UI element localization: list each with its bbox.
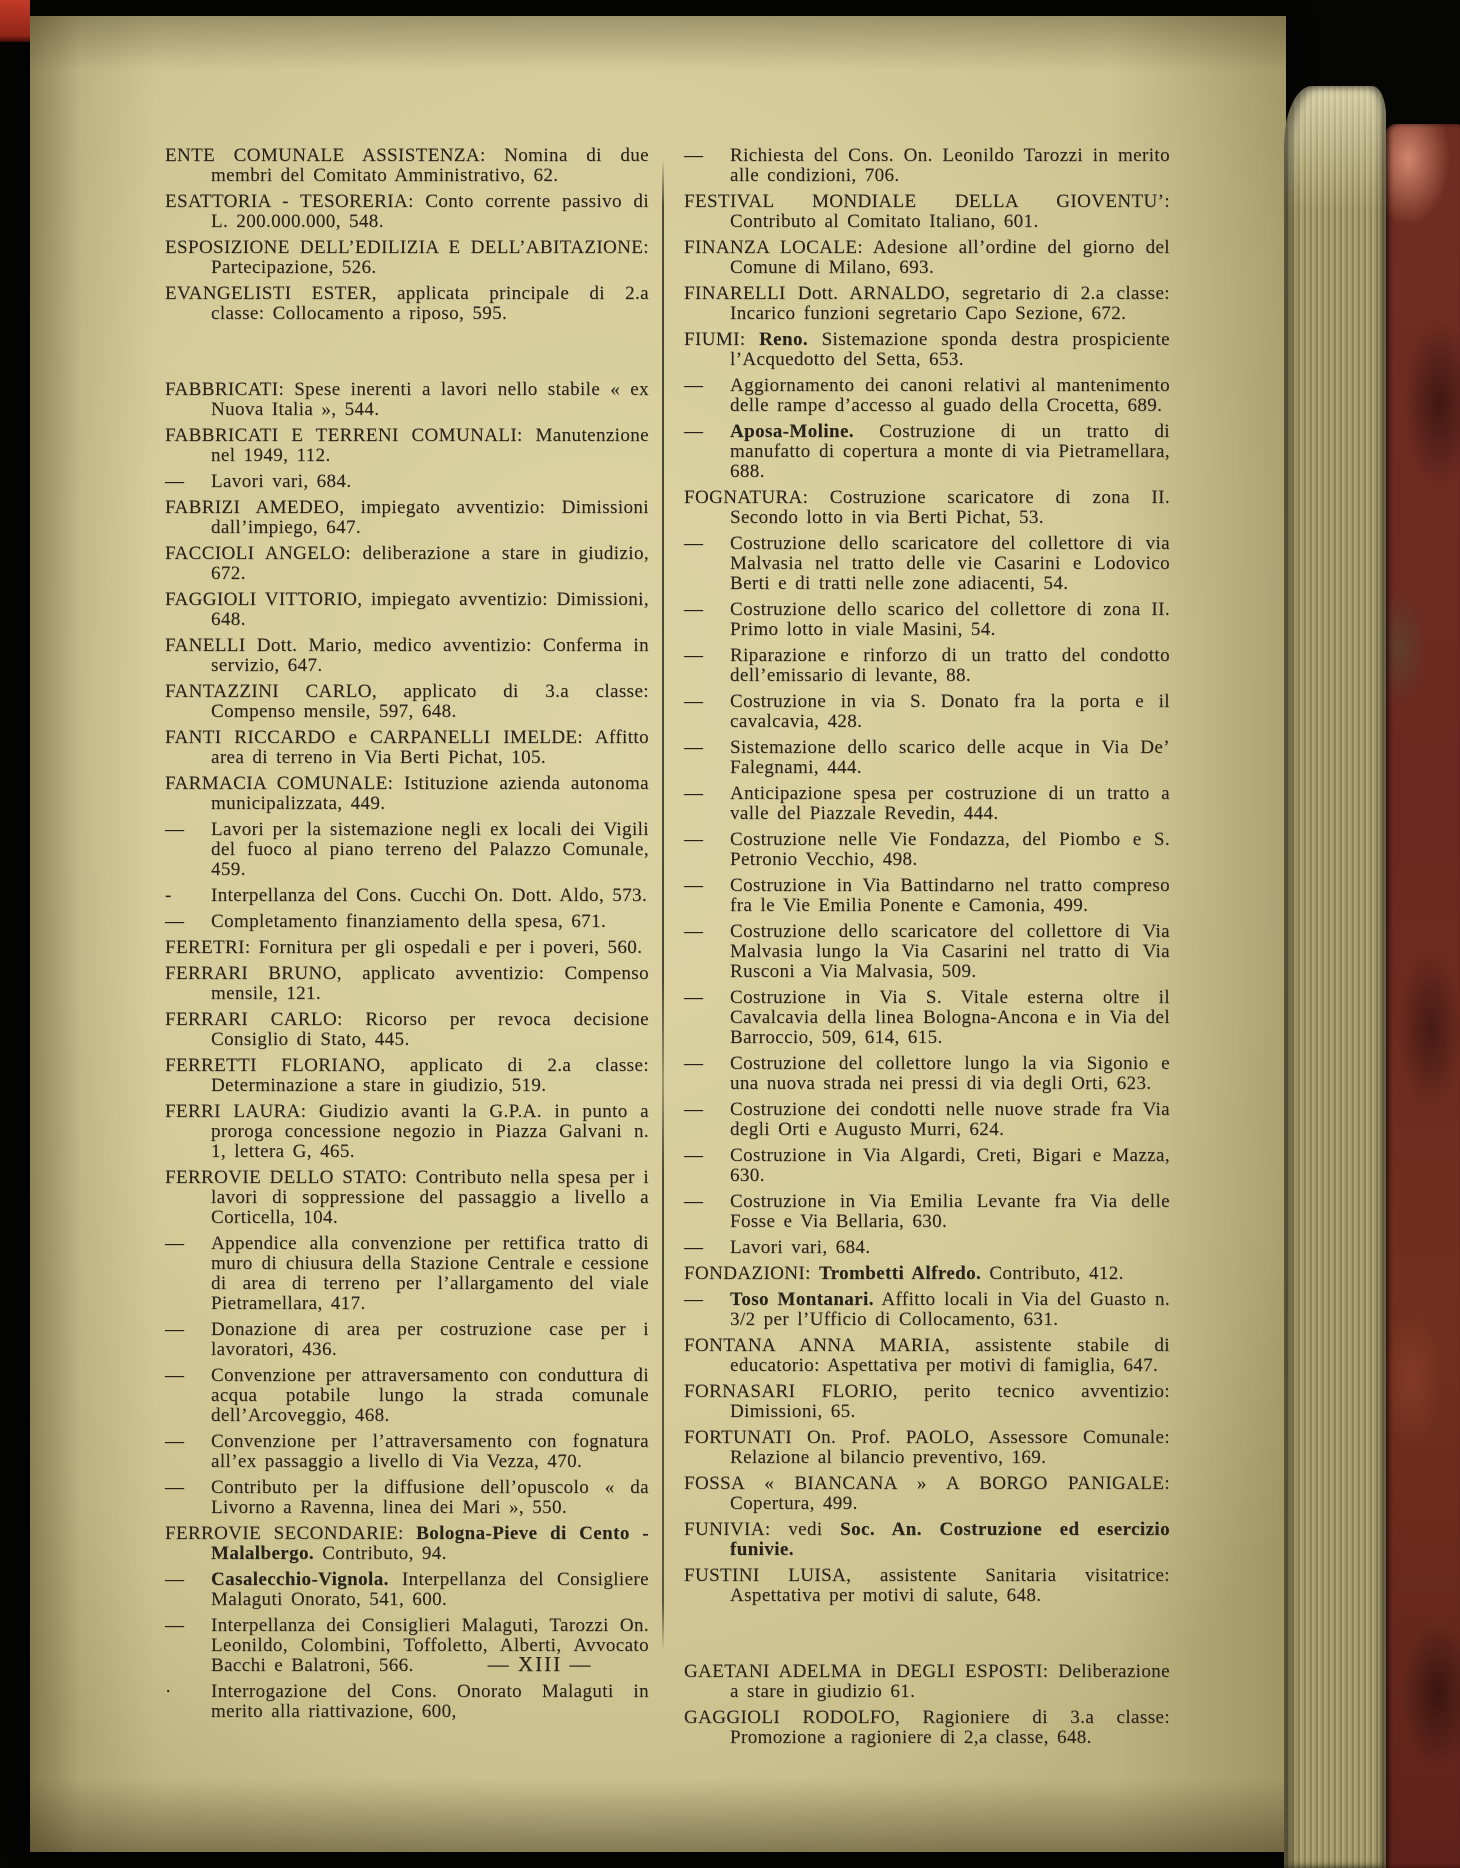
entry-dash-marker: —: [165, 912, 211, 932]
index-entry: -Interpellanza del Cons. Cucchi On. Dott…: [165, 886, 649, 906]
index-entry: ENTE COMUNALE ASSISTENZA: Nomina di due …: [165, 146, 649, 186]
index-entry: —Costruzione dello scaricatore del colle…: [684, 534, 1170, 594]
index-entry: —Aposa-Moline. Costruzione di un tratto …: [684, 422, 1170, 482]
index-entry: FORTUNATI On. Prof. PAOLO, Assessore Com…: [684, 1428, 1170, 1468]
entry-dash-marker: —: [684, 922, 730, 942]
index-entry: FABRIZI AMEDEO, impiegato avventizio: Di…: [165, 498, 649, 538]
index-entry: —Costruzione in Via Emilia Levante fra V…: [684, 1192, 1170, 1232]
index-entry: —Richiesta del Cons. On. Leonildo Tarozz…: [684, 146, 1170, 186]
book-fore-edge: [1284, 86, 1386, 1868]
index-entry: FOGNATURA: Costruzione scaricatore di zo…: [684, 488, 1170, 528]
entry-dash-marker: —: [684, 1146, 730, 1166]
entry-dash-marker: —: [165, 472, 211, 492]
index-entry: FANTAZZINI CARLO, applicato di 3.a class…: [165, 682, 649, 722]
index-entry: —Completamento finanziamento della spesa…: [165, 912, 649, 932]
entry-dash-marker: —: [165, 1432, 211, 1452]
entry-dash-marker: —: [165, 1478, 211, 1498]
entry-dash-marker: —: [684, 422, 730, 442]
entry-dash-marker: —: [684, 646, 730, 666]
index-entry: —Donazione di area per costruzione case …: [165, 1320, 649, 1360]
index-entry: FERRARI CARLO: Ricorso per revoca decisi…: [165, 1010, 649, 1050]
index-entry: ESATTORIA - TESORERIA: Conto corrente pa…: [165, 192, 649, 232]
index-entry: FUNIVIA: vedi Soc. An. Costruzione ed es…: [684, 1520, 1170, 1560]
entry-dash-marker: —: [165, 1320, 211, 1340]
column-divider: [662, 162, 664, 1648]
entry-dash-marker: —: [165, 1570, 211, 1590]
index-entry: FANTI RICCARDO e CARPANELLI IMELDE: Affi…: [165, 728, 649, 768]
index-entry: GAGGIOLI RODOLFO, Ragioniere di 3.a clas…: [684, 1708, 1170, 1748]
page-number: — XIII —: [380, 1652, 700, 1677]
index-entry: —Costruzione in Via Algardi, Creti, Biga…: [684, 1146, 1170, 1186]
entry-dash-marker: ·: [165, 1682, 211, 1702]
index-entry: ESPOSIZIONE DELL’EDILIZIA E DELL’ABITAZI…: [165, 238, 649, 278]
index-entry: FINANZA LOCALE: Adesione all’ordine del …: [684, 238, 1170, 278]
index-entry: FIUMI: Reno. Sistemazione sponda destra …: [684, 330, 1170, 370]
index-entry: —Lavori vari, 684.: [165, 472, 649, 492]
index-entry: —Aggiornamento dei canoni relativi al ma…: [684, 376, 1170, 416]
entry-dash-marker: —: [684, 1192, 730, 1212]
index-entry: —Contributo per la diffusione dell’opusc…: [165, 1478, 649, 1518]
index-entry: FERRETTI FLORIANO, applicato di 2.a clas…: [165, 1056, 649, 1096]
entry-dash-marker: —: [684, 534, 730, 554]
entry-dash-marker: —: [165, 1234, 211, 1254]
index-entry: —Sistemazione dello scarico delle acque …: [684, 738, 1170, 778]
index-entry: —Costruzione dello scaricatore del colle…: [684, 922, 1170, 982]
entry-dash-marker: —: [684, 600, 730, 620]
index-entry: FABBRICATI E TERRENI COMUNALI: Manutenzi…: [165, 426, 649, 466]
index-column-right: —Richiesta del Cons. On. Leonildo Tarozz…: [684, 146, 1170, 1754]
index-entry: FERROVIE DELLO STATO: Contributo nella s…: [165, 1168, 649, 1228]
entry-dash-marker: —: [684, 146, 730, 166]
index-entry: FABBRICATI: Spese inerenti a lavori nell…: [165, 380, 649, 420]
index-entry: —Toso Montanari. Affitto locali in Via d…: [684, 1290, 1170, 1330]
entry-dash-marker: —: [684, 376, 730, 396]
index-entry: —Costruzione in Via S. Vitale esterna ol…: [684, 988, 1170, 1048]
index-entry: FINARELLI Dott. ARNALDO, segretario di 2…: [684, 284, 1170, 324]
index-entry: —Riparazione e rinforzo di un tratto del…: [684, 646, 1170, 686]
index-entry: FARMACIA COMUNALE: Istituzione azienda a…: [165, 774, 649, 814]
index-entry: —Costruzione dei condotti nelle nuove st…: [684, 1100, 1170, 1140]
scanned-book-photo: { "page": { "footer": "— XIII —", "colum…: [0, 0, 1460, 1868]
index-entry: —Lavori vari, 684.: [684, 1238, 1170, 1258]
index-entry: —Anticipazione spesa per costruzione di …: [684, 784, 1170, 824]
index-entry: GAETANI ADELMA in DEGLI ESPOSTI: Deliber…: [684, 1662, 1170, 1702]
binding-red-tab: [0, 0, 30, 42]
index-entry: —Convenzione per l’attraversamento con f…: [165, 1432, 649, 1472]
index-entry: FESTIVAL MONDIALE DELLA GIOVENTU’: Contr…: [684, 192, 1170, 232]
index-entry: EVANGELISTI ESTER, applicata principale …: [165, 284, 649, 324]
entry-dash-marker: —: [684, 784, 730, 804]
index-entry: —Costruzione dello scarico del collettor…: [684, 600, 1170, 640]
entry-dash-marker: —: [684, 876, 730, 896]
entry-dash-marker: —: [684, 692, 730, 712]
entry-dash-marker: —: [165, 1616, 211, 1636]
index-column-left: ENTE COMUNALE ASSISTENZA: Nomina di due …: [165, 146, 649, 1728]
index-entry: —Costruzione in via S. Donato fra la por…: [684, 692, 1170, 732]
entry-dash-marker: —: [684, 988, 730, 1008]
entry-dash-marker: —: [165, 820, 211, 840]
entry-dash-marker: —: [684, 1290, 730, 1310]
index-entry: —Lavori per la sistemazione negli ex loc…: [165, 820, 649, 880]
index-entry: FAGGIOLI VITTORIO, impiegato avventizio:…: [165, 590, 649, 630]
entry-dash-marker: —: [684, 1054, 730, 1074]
book-cover-marbled: [1386, 124, 1460, 1868]
index-entry: FERRI LAURA: Giudizio avanti la G.P.A. i…: [165, 1102, 649, 1162]
index-entry: —Casalecchio-Vignola. Interpellanza del …: [165, 1570, 649, 1610]
index-entry: FANELLI Dott. Mario, medico avventizio: …: [165, 636, 649, 676]
entry-dash-marker: —: [684, 738, 730, 758]
index-entry: FERETRI: Fornitura per gli ospedali e pe…: [165, 938, 649, 958]
entry-dash-marker: —: [684, 1238, 730, 1258]
book-page: ENTE COMUNALE ASSISTENZA: Nomina di due …: [30, 16, 1286, 1852]
index-entry: FACCIOLI ANGELO: deliberazione a stare i…: [165, 544, 649, 584]
index-entry: —Appendice alla convenzione per rettific…: [165, 1234, 649, 1314]
index-entry: FONDAZIONI: Trombetti Alfredo. Contribut…: [684, 1264, 1170, 1284]
index-entry: —Costruzione del collettore lungo la via…: [684, 1054, 1170, 1094]
index-entry: FOSSA « BIANCANA » A BORGO PANIGALE: Cop…: [684, 1474, 1170, 1514]
index-entry: FORNASARI FLORIO, perito tecnico avventi…: [684, 1382, 1170, 1422]
index-entry: FUSTINI LUISA, assistente Sanitaria visi…: [684, 1566, 1170, 1606]
index-entry: FERRARI BRUNO, applicato avventizio: Com…: [165, 964, 649, 1004]
index-entry: FONTANA ANNA MARIA, assistente stabile d…: [684, 1336, 1170, 1376]
index-entry: —Costruzione nelle Vie Fondazza, del Pio…: [684, 830, 1170, 870]
index-entry: FERROVIE SECONDARIE: Bologna-Pieve di Ce…: [165, 1524, 649, 1564]
entry-dash-marker: —: [684, 830, 730, 850]
index-entry: —Convenzione per attraversamento con con…: [165, 1366, 649, 1426]
index-entry: —Costruzione in Via Battindarno nel trat…: [684, 876, 1170, 916]
entry-dash-marker: —: [165, 1366, 211, 1386]
entry-dash-marker: -: [165, 886, 211, 906]
entry-dash-marker: —: [684, 1100, 730, 1120]
index-entry: ·Interrogazione del Cons. Onorato Malagu…: [165, 1682, 649, 1722]
